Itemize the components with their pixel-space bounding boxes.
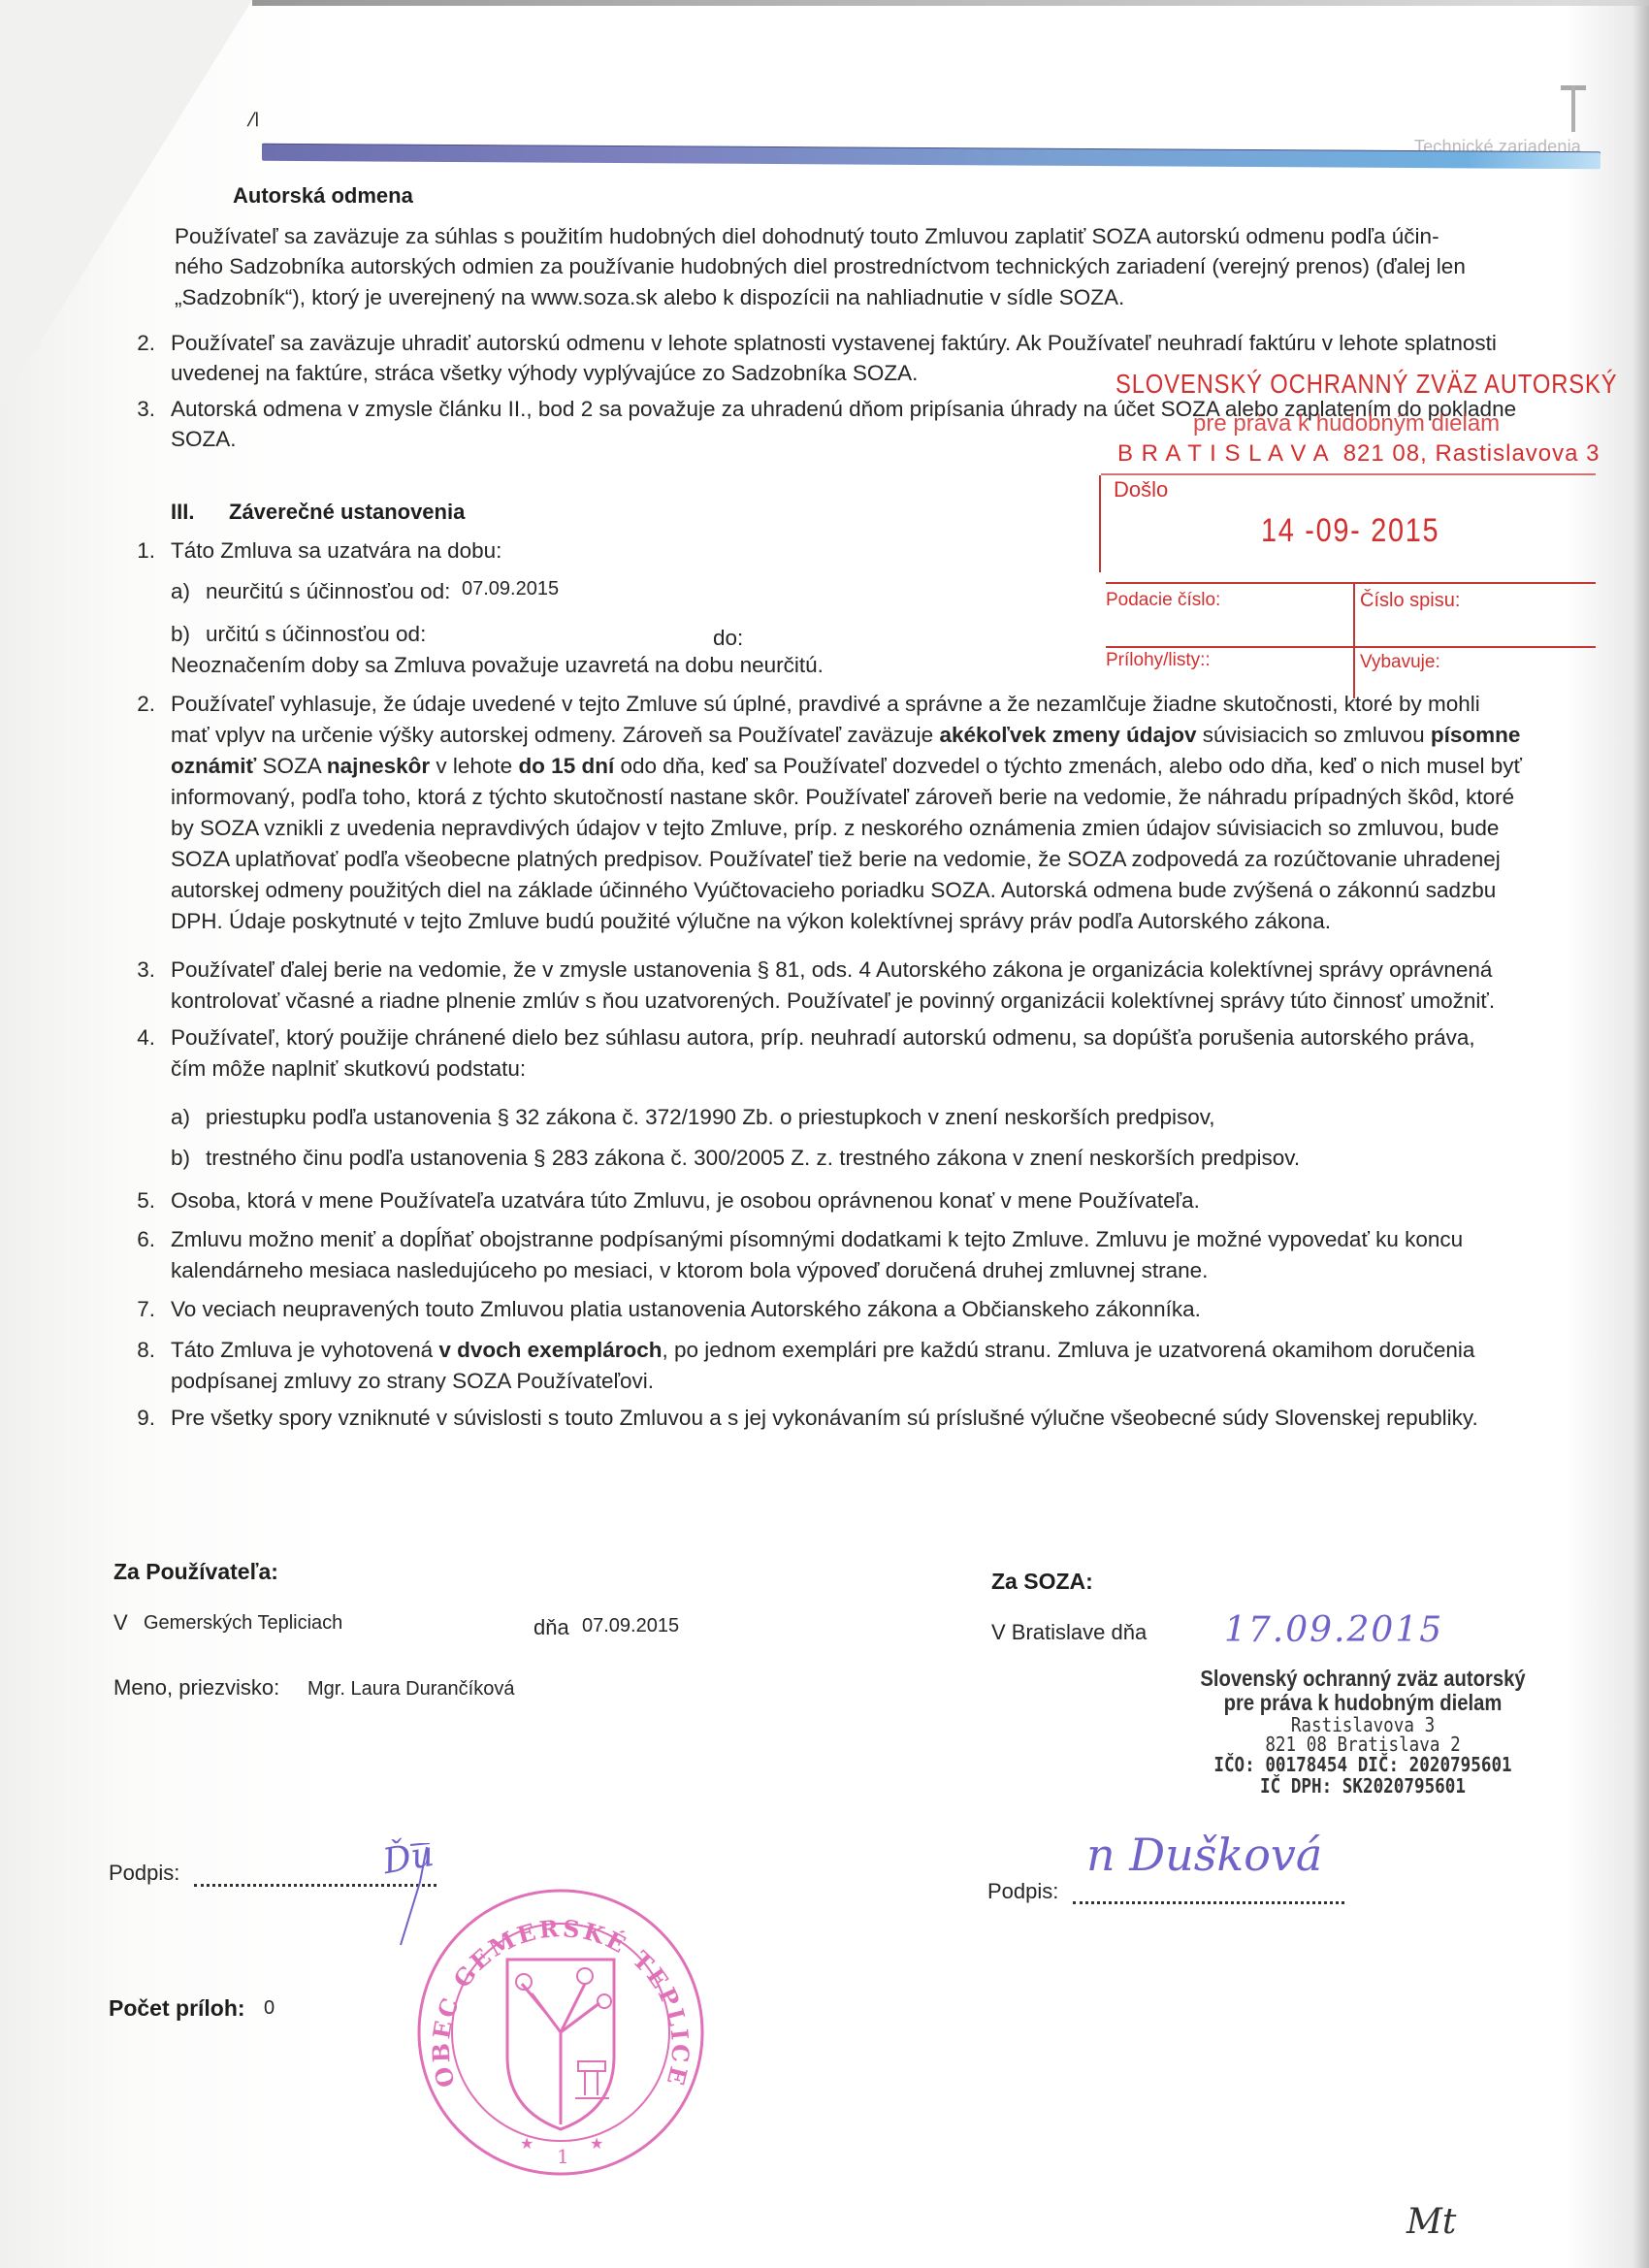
soza-signature-line [1073,1901,1344,1904]
place-value: Gemerských Tepliciach [144,1612,342,1635]
header-banner [262,144,1600,169]
soza-signature: n Dušková [1086,1829,1322,1881]
svg-text:★: ★ [520,2136,533,2153]
soza-company-stamp: Slovenský ochranný zväz autorský pre prá… [1175,1667,1550,1797]
fixed-term-to-field [757,623,854,648]
received-date: 14 -09- 2015 [1261,512,1439,550]
svg-text:★: ★ [590,2136,603,2153]
fixed-term-from-field [456,619,553,644]
page-initials: Mt [1406,2202,1456,2242]
section-letter-icon [1561,85,1586,132]
section-roman: III. [171,497,194,527]
attachments-count: 0 [264,1997,275,2020]
scan-edge-shadow [252,0,1649,6]
document-page: /\ Technické zariadenia Autorská odmena … [0,0,1649,2268]
name-value: Mgr. Laura Durančíková [307,1678,514,1701]
soza-handwritten-date: 17.09.2015 [1224,1610,1443,1650]
date-value: 07.09.2015 [582,1615,679,1637]
municipality-seal-icon: OBEC GEMERSKÉ TEPLICE ★ ★ 1 [415,1887,706,2178]
section-heading: Autorská odmena [233,180,413,211]
section-heading-3: Záverečné ustanovenia [229,497,465,527]
effective-from-value: 07.09.2015 [462,574,559,604]
svg-text:1: 1 [557,2145,569,2168]
